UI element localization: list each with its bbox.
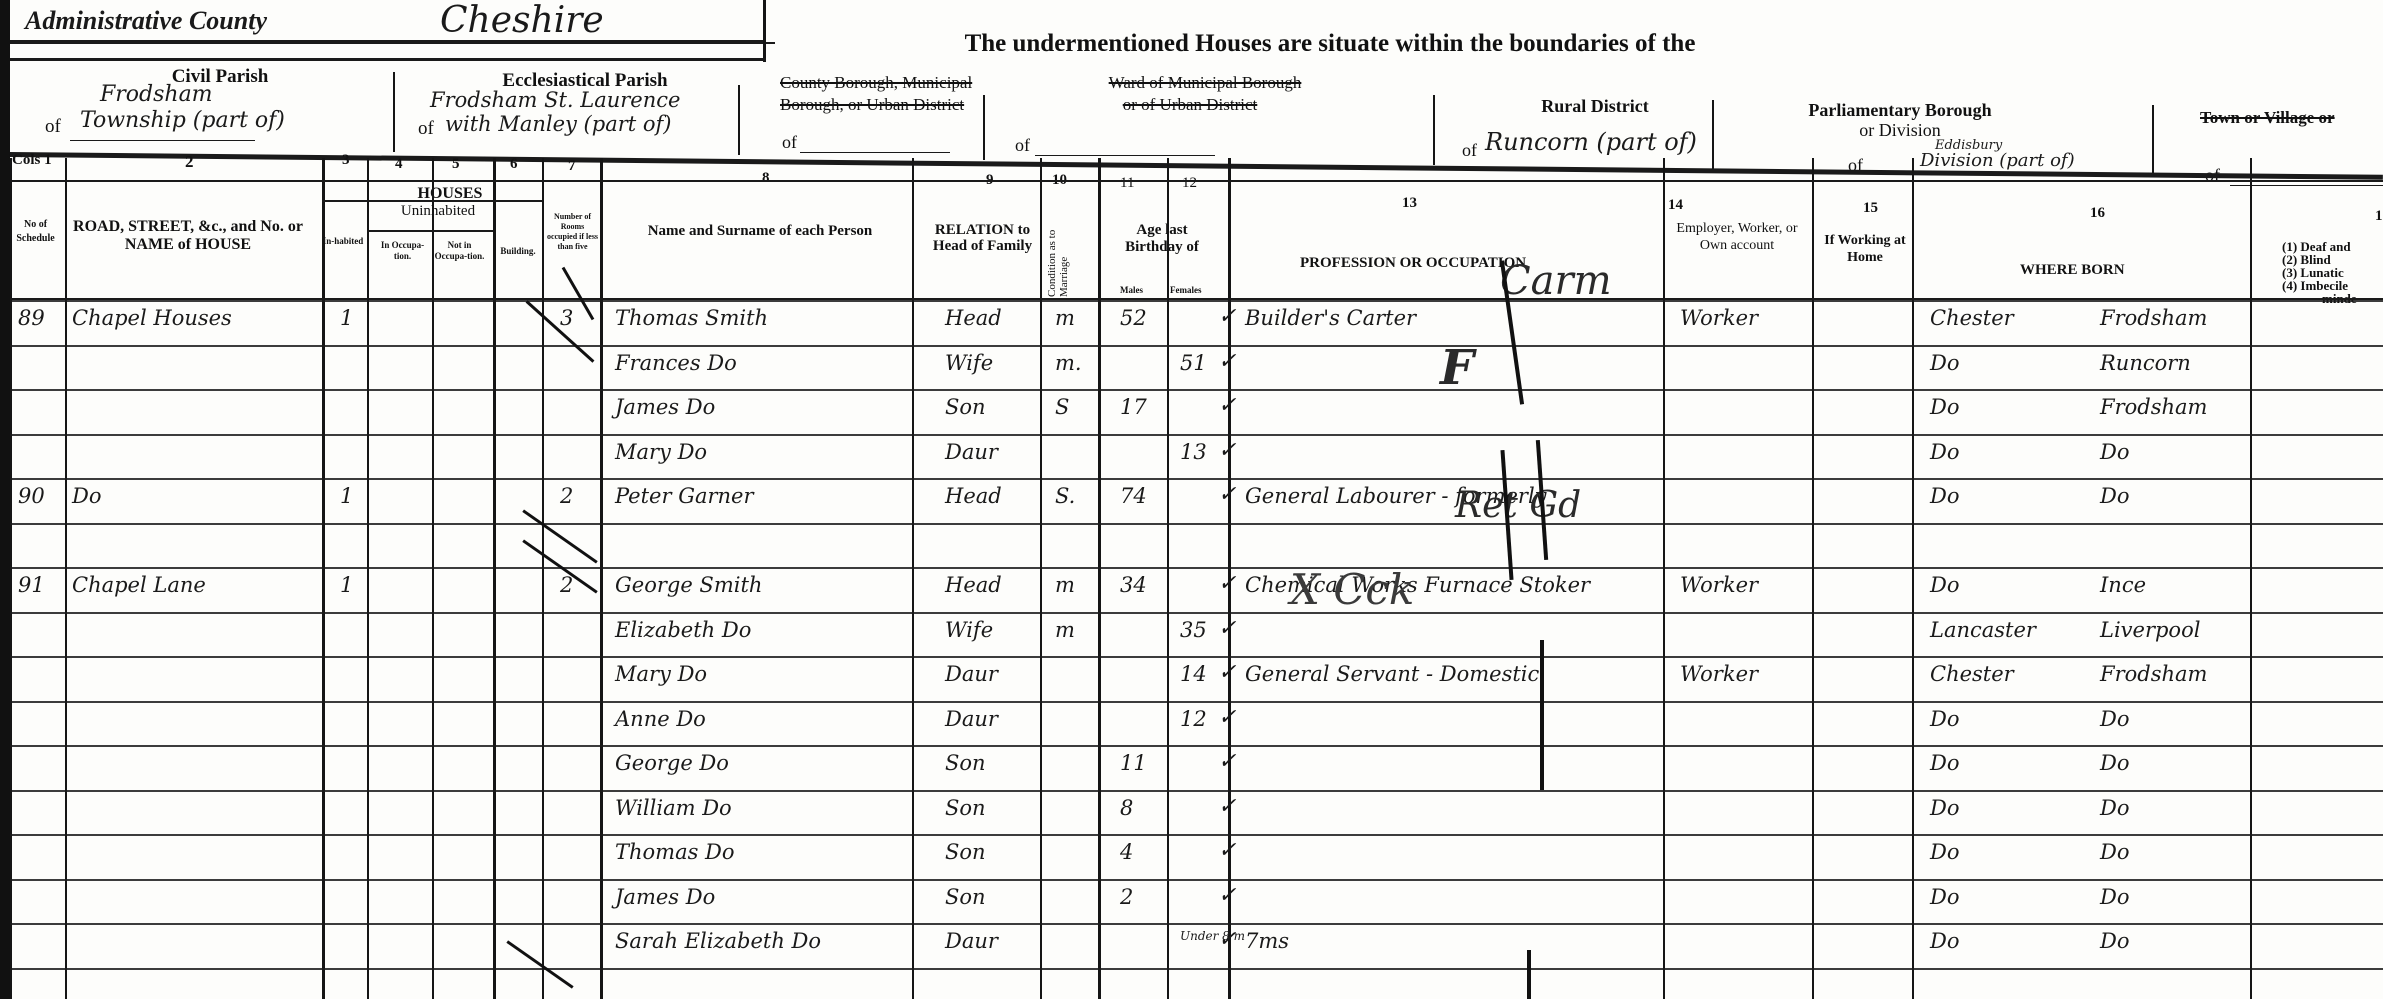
person-name: James Do xyxy=(615,885,715,909)
col-where-born-header: WHERE BORN xyxy=(2020,262,2125,279)
admin-county-rule xyxy=(10,40,765,44)
schedule-number: 89 xyxy=(18,306,45,330)
marital-condition: S. xyxy=(1055,484,1075,508)
relation: Son xyxy=(945,885,986,909)
check-mark-icon: ✓ xyxy=(1218,482,1236,507)
civil-parish-underline xyxy=(70,140,255,141)
birthplace-county: Chester xyxy=(1930,306,2014,330)
birthplace-county: Lancaster xyxy=(1930,618,2036,642)
parl-borough-value-2: Division (part of) xyxy=(1920,150,2075,171)
table-row: 90Do12Peter GarnerHeadS.74General Labour… xyxy=(0,478,2383,523)
occupation: 7ms xyxy=(1245,929,1289,953)
employer-status: Worker xyxy=(1680,662,1758,686)
birthplace-county: Do xyxy=(1930,929,1959,953)
birthplace-town: Runcorn xyxy=(2100,351,2191,375)
schedule-number: 91 xyxy=(18,573,45,597)
person-name: Thomas Smith xyxy=(615,306,768,330)
check-mark-icon: ✓ xyxy=(1218,705,1236,730)
ward-underline xyxy=(1035,155,1215,156)
marital-condition: m xyxy=(1055,618,1075,642)
table-row: Elizabeth DoWifem35LancasterLiverpool✓ xyxy=(0,612,2383,657)
male-age: 17 xyxy=(1120,395,1147,419)
admin-county-box-bottom xyxy=(10,58,766,61)
annotation-ret-gd: Ret Gd xyxy=(1455,485,1581,526)
table-row: James DoSon2DoDo✓ xyxy=(0,879,2383,924)
rural-district-label: Rural District xyxy=(1480,96,1710,117)
birthplace-town: Do xyxy=(2100,707,2129,731)
table-row: Sarah Elizabeth DoDaurUnder 8 m7msDoDo✓ xyxy=(0,923,2383,968)
rooms-count: 3 xyxy=(560,306,573,330)
table-row: Frances DoWifem.51DoRuncorn✓ xyxy=(0,345,2383,390)
table-row: James DoSonS17DoFrodsham✓ xyxy=(0,389,2383,434)
tally-mark-5 xyxy=(1527,950,1531,999)
relation: Wife xyxy=(945,351,993,375)
county-borough-of: of xyxy=(782,132,797,153)
col-name-header: Name and Surname of each Person xyxy=(640,222,880,240)
col-num-8: 8 xyxy=(762,170,770,187)
ward-of: of xyxy=(1015,135,1030,156)
col-num-11: 11 xyxy=(1120,175,1134,192)
check-mark-icon: ✓ xyxy=(1218,794,1236,819)
inhabited-count: 1 xyxy=(340,573,353,597)
header-rule xyxy=(367,230,493,232)
birthplace-town: Ince xyxy=(2100,573,2146,597)
address: Do xyxy=(72,484,101,508)
relation: Daur xyxy=(945,662,998,686)
male-age: 52 xyxy=(1120,306,1147,330)
address: Chapel Houses xyxy=(72,306,232,330)
col-num-3: 3 xyxy=(342,152,350,169)
address: Chapel Lane xyxy=(72,573,206,597)
relation: Son xyxy=(945,751,986,775)
col-num-6: 6 xyxy=(510,156,518,173)
relation: Daur xyxy=(945,440,998,464)
female-age: 12 xyxy=(1180,707,1207,731)
col-road-header: ROAD, STREET, &c., and No. or NAME of HO… xyxy=(68,218,308,254)
person-name: Mary Do xyxy=(615,662,707,686)
col-building-header: Building. xyxy=(493,246,543,257)
birthplace-town: Do xyxy=(2100,840,2129,864)
relation: Head xyxy=(945,306,1002,330)
col-employer-header: Employer, Worker, or Own account xyxy=(1662,220,1812,254)
birthplace-county: Do xyxy=(1930,885,1959,909)
check-mark-icon: ✓ xyxy=(1218,393,1236,418)
birthplace-town: Frodsham xyxy=(2100,662,2207,686)
col-num-2: 2 xyxy=(185,152,194,172)
col-num-17: 1 xyxy=(2375,208,2383,225)
table-row xyxy=(0,523,2383,568)
col-males-header: Males xyxy=(1120,285,1143,296)
birthplace-county: Do xyxy=(1930,707,1959,731)
parl-borough-label: Parliamentary Borough xyxy=(1740,100,2060,121)
tally-mark-4 xyxy=(1540,640,1544,790)
table-row: 91Chapel Lane12George SmithHeadm34Chemic… xyxy=(0,567,2383,612)
table-row: Mary DoDaur14General Servant - DomesticW… xyxy=(0,656,2383,701)
birthplace-town: Frodsham xyxy=(2100,395,2207,419)
male-age: 4 xyxy=(1120,840,1133,864)
birthplace-county: Do xyxy=(1930,395,1959,419)
person-name: Peter Garner xyxy=(615,484,754,508)
table-row: George DoSon11DoDo✓ xyxy=(0,745,2383,790)
birthplace-county: Do xyxy=(1930,573,1959,597)
birthplace-county: Do xyxy=(1930,796,1959,820)
person-name: William Do xyxy=(615,796,732,820)
col-num-1: Cols 1 xyxy=(12,152,52,169)
birthplace-town: Liverpool xyxy=(2100,618,2200,642)
row-rule xyxy=(10,968,2383,970)
inhabited-count: 1 xyxy=(340,484,353,508)
relation: Daur xyxy=(945,929,998,953)
town-village-underline xyxy=(2230,185,2383,186)
birthplace-county: Do xyxy=(1930,840,1959,864)
col-condition-header: Condition as to Marriage xyxy=(1046,202,1070,297)
female-age: 35 xyxy=(1180,618,1207,642)
col-rooms-header: Number of Rooms occupied if less than fi… xyxy=(545,212,600,252)
occupation: Builder's Carter xyxy=(1245,306,1416,330)
relation: Head xyxy=(945,573,1002,597)
col-in-occupation-header: In Occupa-tion. xyxy=(375,240,430,262)
col-num-13: 13 xyxy=(1402,195,1417,212)
annotation-cck: X Cck xyxy=(1290,565,1414,614)
birthplace-town: Do xyxy=(2100,440,2129,464)
relation: Head xyxy=(945,484,1002,508)
col-num-12: 12 xyxy=(1182,175,1197,192)
check-mark-icon: ✓ xyxy=(1218,660,1236,685)
table-row: Anne DoDaur12DoDo✓ xyxy=(0,701,2383,746)
rooms-count: 2 xyxy=(560,484,573,508)
header-divider-1 xyxy=(393,72,395,152)
rural-district-of: of xyxy=(1462,140,1477,161)
birthplace-town: Frodsham xyxy=(2100,306,2207,330)
relation: Daur xyxy=(945,707,998,731)
col-working-home-header: If Working at Home xyxy=(1820,232,1910,266)
birthplace-town: Do xyxy=(2100,796,2129,820)
marital-condition: m xyxy=(1055,306,1075,330)
employer-status: Worker xyxy=(1680,306,1758,330)
check-mark-icon: ✓ xyxy=(1218,883,1236,908)
civil-parish-value: Frodsham xyxy=(100,82,213,107)
header-divider-6 xyxy=(2152,105,2154,175)
county-borough-label-2: Borough, or Urban District xyxy=(780,95,964,115)
county-borough-label: County Borough, Municipal xyxy=(780,73,972,93)
eccl-parish-value: Frodsham St. Laurence xyxy=(430,88,680,112)
person-name: Sarah Elizabeth Do xyxy=(615,929,821,953)
table-row: 89Chapel Houses13Thomas SmithHeadm52Buil… xyxy=(0,300,2383,345)
eccl-parish-value-2: with Manley (part of) xyxy=(445,112,671,136)
occupation: General Servant - Domestic xyxy=(1245,662,1539,686)
county-borough-underline xyxy=(800,152,950,153)
birthplace-town: Do xyxy=(2100,929,2129,953)
inhabited-count: 1 xyxy=(340,306,353,330)
female-age: 51 xyxy=(1180,351,1207,375)
person-name: Mary Do xyxy=(615,440,707,464)
col-num-5: 5 xyxy=(452,156,460,173)
col-schedule-header: No of Schedule xyxy=(8,218,63,246)
person-name: George Do xyxy=(615,751,729,775)
ward-label-2: or of Urban District xyxy=(1000,95,1380,115)
birthplace-town: Do xyxy=(2100,751,2129,775)
admin-county-box-edge xyxy=(763,0,766,62)
marital-condition: m xyxy=(1055,573,1075,597)
col-uninhabited-header: Uninhabited xyxy=(378,203,498,220)
table-row: William DoSon8DoDo✓ xyxy=(0,790,2383,835)
civil-parish-of: of xyxy=(45,116,61,138)
admin-county-label: Administrative County xyxy=(25,6,267,36)
marital-condition: S xyxy=(1055,395,1069,419)
male-age: 74 xyxy=(1120,484,1147,508)
eccl-parish-of: of xyxy=(418,118,434,140)
relation: Wife xyxy=(945,618,993,642)
schedule-number: 90 xyxy=(18,484,45,508)
birthplace-county: Do xyxy=(1930,484,1959,508)
check-mark-icon: ✓ xyxy=(1218,616,1236,641)
person-name: James Do xyxy=(615,395,715,419)
annotation-f-mark: F xyxy=(1440,340,1474,396)
relation: Son xyxy=(945,840,986,864)
person-name: Elizabeth Do xyxy=(615,618,751,642)
check-mark-icon: ✓ xyxy=(1218,438,1236,463)
person-name: Frances Do xyxy=(615,351,737,375)
birthplace-county: Do xyxy=(1930,751,1959,775)
male-age: 8 xyxy=(1120,796,1133,820)
parl-borough-label-2: or Division xyxy=(1740,120,2060,141)
col-infirmity-header: (1) Deaf and (2) Blind (3) Lunatic (4) I… xyxy=(2282,240,2357,305)
town-village-label: Town or Village or xyxy=(2200,108,2335,128)
document-title: The undermentioned Houses are situate wi… xyxy=(880,30,1780,58)
male-age: 34 xyxy=(1120,573,1147,597)
check-mark-icon: ✓ xyxy=(1218,571,1236,596)
col-num-4: 4 xyxy=(395,156,403,173)
civil-parish-value-2: Township (part of) xyxy=(80,108,285,133)
check-mark-icon: ✓ xyxy=(1218,927,1236,952)
admin-county-value: Cheshire xyxy=(440,0,604,41)
birthplace-county: Chester xyxy=(1930,662,2014,686)
birthplace-county: Do xyxy=(1930,351,1959,375)
header-divider-3 xyxy=(983,95,985,160)
marital-condition: m. xyxy=(1055,351,1082,375)
header-divider-5 xyxy=(1712,100,1714,170)
person-name: Thomas Do xyxy=(615,840,735,864)
check-mark-icon: ✓ xyxy=(1218,349,1236,374)
relation: Son xyxy=(945,796,986,820)
birthplace-town: Do xyxy=(2100,484,2129,508)
col-num-15: 15 xyxy=(1863,200,1878,217)
col-occupation-header: PROFESSION OR OCCUPATION xyxy=(1300,255,1526,272)
col-not-in-occupation-header: Not in Occupa-tion. xyxy=(432,240,487,262)
header-rule xyxy=(322,200,542,202)
ward-label: Ward of Municipal Borough xyxy=(1005,73,1405,93)
header-divider-2 xyxy=(738,85,740,155)
col-num-16: 16 xyxy=(2090,205,2105,222)
birthplace-town: Do xyxy=(2100,885,2129,909)
col-females-header: Females xyxy=(1170,285,1202,296)
col-age-header: Age last Birthday of xyxy=(1112,222,1212,256)
annotation-carm: Carm xyxy=(1500,258,1612,304)
birthplace-county: Do xyxy=(1930,440,1959,464)
female-age: 14 xyxy=(1180,662,1207,686)
person-name: Anne Do xyxy=(615,707,706,731)
employer-status: Worker xyxy=(1680,573,1758,597)
header-rule xyxy=(10,180,2383,182)
male-age: 2 xyxy=(1120,885,1133,909)
header-divider-4 xyxy=(1433,95,1435,165)
rural-district-value: Runcorn (part of) xyxy=(1485,128,1697,156)
check-mark-icon: ✓ xyxy=(1218,304,1236,329)
person-name: George Smith xyxy=(615,573,762,597)
relation: Son xyxy=(945,395,986,419)
col-inhabited-header: In-habited xyxy=(322,236,364,247)
table-row: Mary DoDaur13DoDo✓ xyxy=(0,434,2383,479)
female-age: 13 xyxy=(1180,440,1207,464)
check-mark-icon: ✓ xyxy=(1218,749,1236,774)
male-age: 11 xyxy=(1120,751,1147,775)
col-num-14: 14 xyxy=(1668,197,1683,214)
check-mark-icon: ✓ xyxy=(1218,838,1236,863)
col-relation-header: RELATION to Head of Family xyxy=(925,222,1040,254)
col-num-7: 7 xyxy=(568,158,576,175)
table-row: Thomas DoSon4DoDo✓ xyxy=(0,834,2383,879)
